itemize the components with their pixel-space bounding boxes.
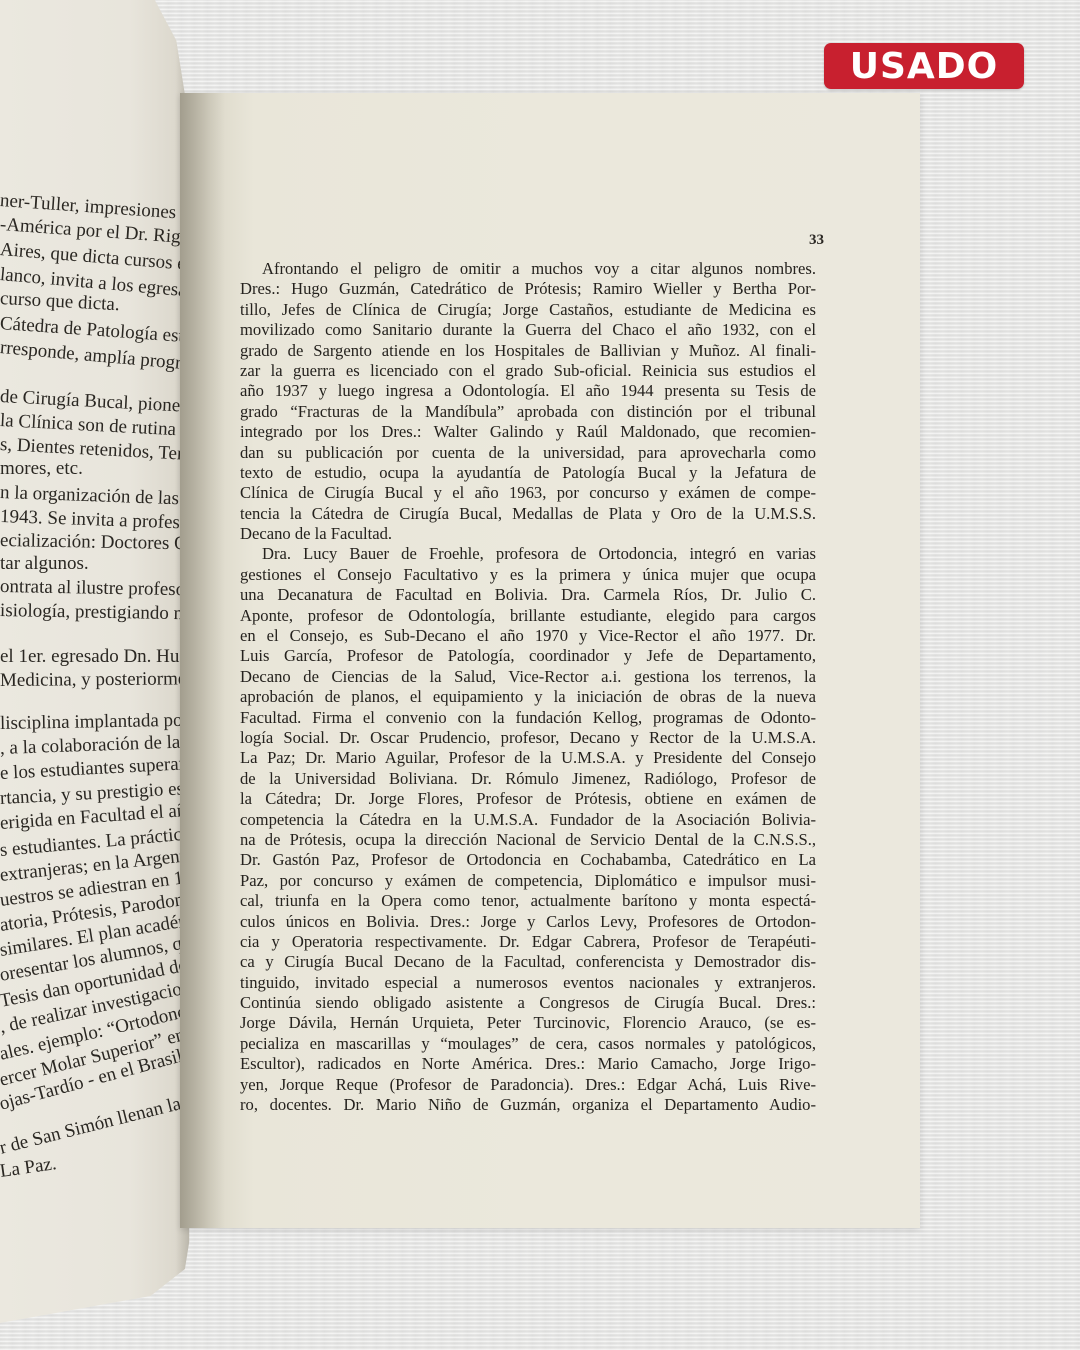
text-line: Jorge Dávila, Hernán Urquieta, Peter Tur… <box>240 1013 816 1033</box>
left-page-text-line: tar algunos. <box>0 553 89 575</box>
text-line: ca y Cirugía Bucal Decano de la Facultad… <box>240 952 816 972</box>
text-line: zar la guerra es licenciado con el grado… <box>240 361 816 381</box>
text-line: ro, docentes. Dr. Mario Niño de Guzmán, … <box>240 1095 816 1115</box>
text-line: Dres.: Hugo Guzmán, Catedrático de Próte… <box>240 279 816 299</box>
right-book-page: 33 Afrontando el peligro de omitir a muc… <box>180 93 920 1228</box>
text-line: texto de estudio, ocupa la ayudantía de … <box>240 463 816 483</box>
text-line: Paz, por concurso y exámen de competenci… <box>240 871 816 891</box>
text-line: integrado por los Dres.: Walter Galindo … <box>240 422 816 442</box>
text-line: competencia la Cátedra en la U.M.S.A. Fu… <box>240 810 816 830</box>
text-line: Facultad. Firma el convenio con la funda… <box>240 708 816 728</box>
text-line: Dr. Gastón Paz, Profesor de Ortodoncia e… <box>240 850 816 870</box>
text-line: na de Prótesis, ocupa la dirección Nacio… <box>240 830 816 850</box>
text-line: una Decanatura de Facultad en Bolivia. D… <box>240 585 816 605</box>
text-line: de la Universidad Boliviana. Dr. Rómulo … <box>240 769 816 789</box>
text-line: en el Consejo, es Sub-Decano el año 1970… <box>240 626 816 646</box>
text-line: Decano de Ciencias de la Salud, Vice-Rec… <box>240 667 816 687</box>
text-line: Aponte, profesor de Odontología, brillan… <box>240 606 816 626</box>
page-body-text: Afrontando el peligro de omitir a muchos… <box>240 259 816 1115</box>
text-line: La Paz; Dr. Mario Aguilar, Profesor de l… <box>240 748 816 768</box>
text-line: Afrontando el peligro de omitir a muchos… <box>240 259 816 279</box>
text-line: cia y Operatoria respectivamente. Dr. Ed… <box>240 932 816 952</box>
text-line: pecializa en mascarillas y “moulages” de… <box>240 1034 816 1054</box>
left-page-text-line: mores, etc. <box>0 458 83 480</box>
text-line: yen, Jorque Reque (Profesor de Paradonci… <box>240 1075 816 1095</box>
text-line: Dra. Lucy Bauer de Froehle, profesora de… <box>240 544 816 564</box>
page-gutter-shadow <box>180 93 225 1228</box>
text-line: la Cátedra; Dr. Jorge Flores, Profesor d… <box>240 789 816 809</box>
page-number: 33 <box>809 232 824 249</box>
text-line: cal, triunfa en la Opera como tenor, act… <box>240 891 816 911</box>
text-line: logía Social. Dr. Oscar Prudencio, profe… <box>240 728 816 748</box>
text-line: Escultor), radicados en Norte América. D… <box>240 1054 816 1074</box>
text-line: culos únicos en Bolivia. Dres.: Jorge y … <box>240 912 816 932</box>
text-line: tinguido, invitado especial a numerosos … <box>240 973 816 993</box>
text-line: Luis García, Profesor de Patología, coor… <box>240 646 816 666</box>
text-line: tencia la Cátedra de Cirugía Bucal, Meda… <box>240 504 816 524</box>
used-condition-badge: USADO <box>824 43 1024 89</box>
text-line: Clínica de Cirugía Bucal y el año 1963, … <box>240 483 816 503</box>
text-line: dan su publicación por cuenta de la univ… <box>240 443 816 463</box>
text-line: gestiones el Consejo Facultativo y es la… <box>240 565 816 585</box>
text-line: Continúa siendo obligado asistente a Con… <box>240 993 816 1013</box>
text-line: aprobación de planos, el equipamiento y … <box>240 687 816 707</box>
text-line: Decano de la Facultad. <box>240 524 816 544</box>
text-line: grado de Sargento atiende en los Hospita… <box>240 341 816 361</box>
text-line: grado “Fracturas de la Mandíbula” aproba… <box>240 402 816 422</box>
text-line: tillo, Jefes de Clínica de Cirugía; Jorg… <box>240 300 816 320</box>
text-line: movilizado como Sanitario durante la Gue… <box>240 320 816 340</box>
text-line: año 1937 y luego ingresa a Odontología. … <box>240 381 816 401</box>
